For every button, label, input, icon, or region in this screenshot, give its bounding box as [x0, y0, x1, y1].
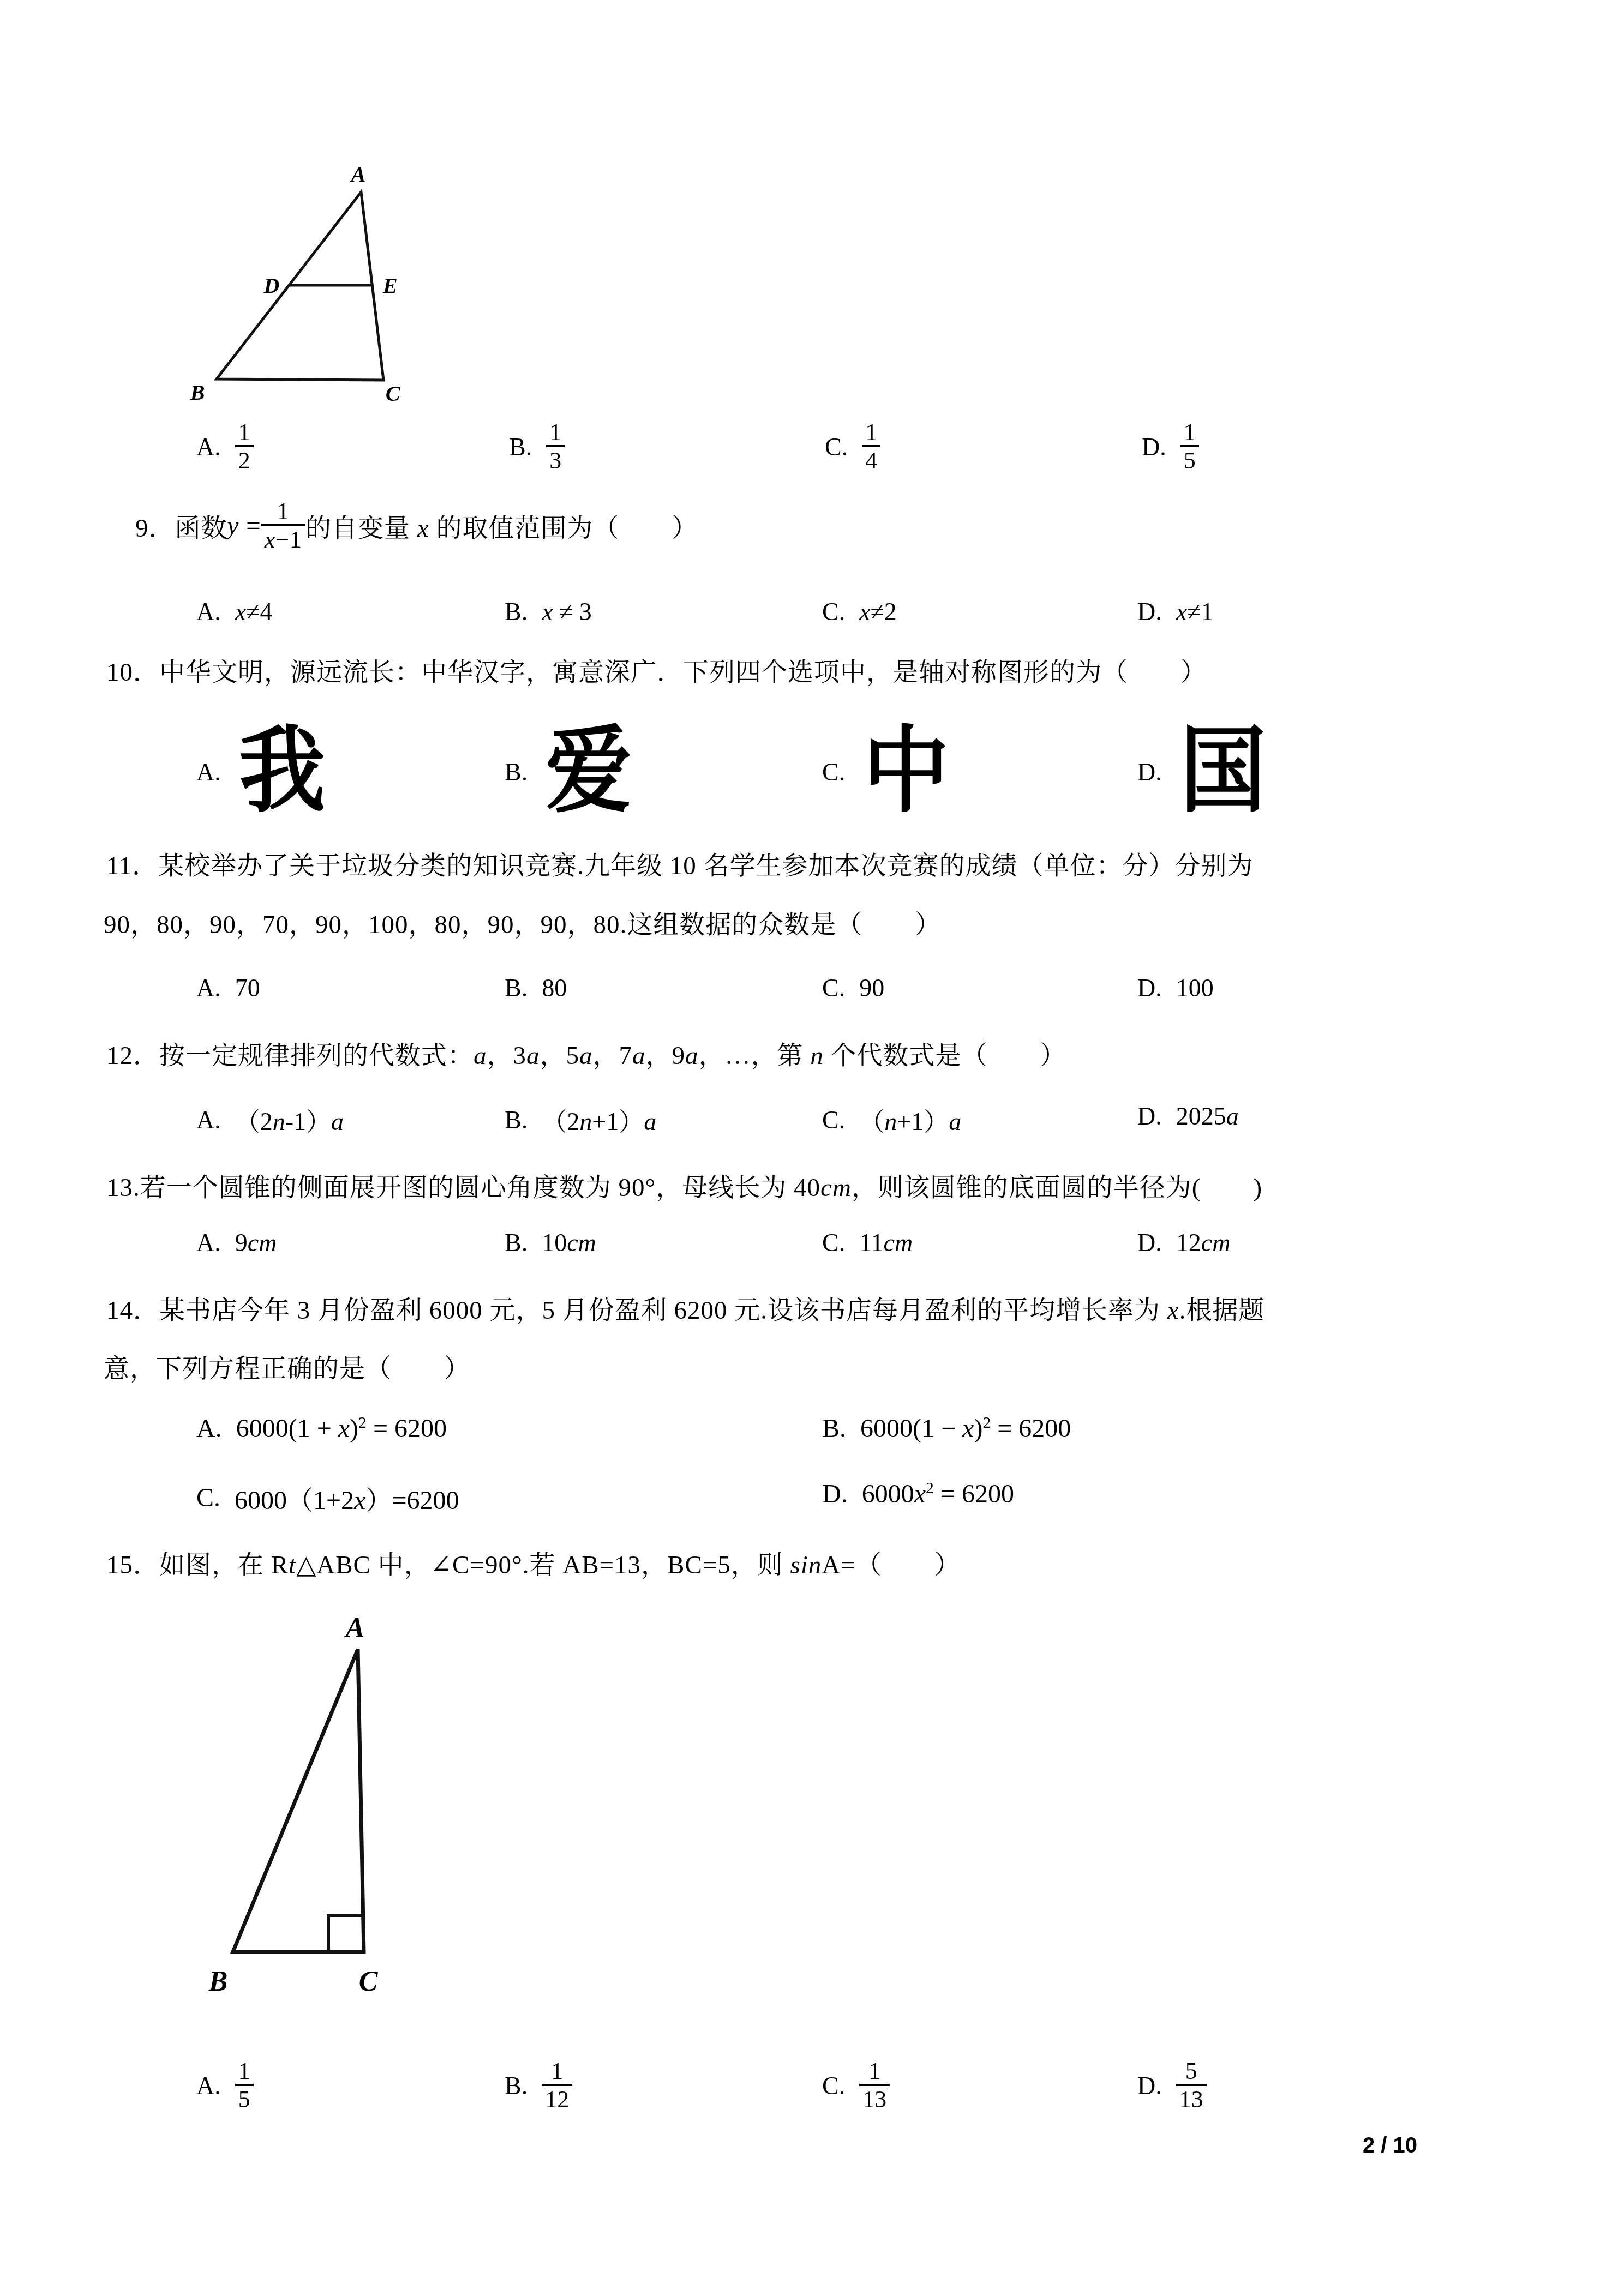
q15-option-a-numerator: 1 — [235, 2059, 254, 2084]
q10-option-b-letter: B. — [505, 758, 528, 786]
q14-option-c: C. 6000（1+2x）=6200 — [196, 1479, 459, 1517]
q8-option-d-numerator: 1 — [1180, 420, 1199, 445]
right-angle-mark — [328, 1915, 364, 1952]
q12-option-a: A. （2n-1）a — [196, 1102, 344, 1138]
q15-stem: 15．如图，在 Rt△ABC 中，∠C=90°.若 AB=13，BC=5，则 s… — [106, 1544, 961, 1581]
q11-option-d: D. 100 — [1137, 973, 1214, 1002]
q11-stem-line2: 90，80，90，70，90，100，80，90，90，80.这组数据的众数是（… — [104, 904, 941, 941]
q9-formula-denominator: x−1 — [261, 524, 305, 552]
q8-option-c: C. 1 4 — [825, 420, 880, 473]
q8-option-c-letter: C. — [825, 432, 848, 461]
q13-option-a-letter: A. — [196, 1228, 221, 1257]
q14-option-a-letter: A. — [196, 1414, 222, 1444]
q8-option-a-denominator: 2 — [235, 445, 254, 473]
q12-option-c-letter: C. — [822, 1105, 845, 1134]
q14-option-c-value: 6000（1+2x）=6200 — [235, 1479, 459, 1517]
q9-option-c: C. x≠2 — [822, 597, 897, 626]
q13-stem: 13.若一个圆锥的侧面展开图的圆心角度数为 90°，母线长为 40cm，则该圆锥… — [106, 1167, 1262, 1204]
q14-option-d: D. 6000x2 = 6200 — [822, 1479, 1014, 1509]
q14-stem-line2: 意，下列方程正确的是（ ） — [104, 1348, 470, 1385]
q9-stem-suffix: 的自变量 x 的取值范围为（ ） — [305, 508, 698, 544]
vertex-label-c: C — [386, 381, 401, 406]
q8-option-b-letter: B. — [509, 432, 532, 461]
q12-option-c-value: （n+1）a — [859, 1102, 961, 1138]
q11-option-c-value: 90 — [859, 973, 884, 1002]
q11-option-a: A. 70 — [196, 973, 260, 1002]
q8-option-d-fraction: 1 5 — [1180, 420, 1199, 473]
q14-stem-line1: 14．某书店今年 3 月份盈利 6000 元，5 月份盈利 6200 元.设该书… — [106, 1290, 1265, 1326]
q15-option-d-numerator: 5 — [1182, 2059, 1201, 2084]
q8-option-b-numerator: 1 — [546, 420, 565, 445]
q15-option-d-fraction: 5 13 — [1176, 2059, 1207, 2112]
q9-option-d-value: x≠1 — [1176, 597, 1214, 626]
rt-vertex-label-b: B — [208, 1966, 228, 1996]
q15-option-b-numerator: 1 — [548, 2059, 566, 2084]
q11-option-c-letter: C. — [822, 973, 845, 1002]
q14-option-b-value: 6000(1 − x)2 = 6200 — [860, 1414, 1071, 1444]
q9-option-a: A. x≠4 — [196, 597, 272, 626]
q15-option-d-denominator: 13 — [1176, 2084, 1207, 2112]
q11-option-c: C. 90 — [822, 973, 884, 1002]
q8-option-d: D. 1 5 — [1142, 420, 1199, 473]
q15-option-c-denominator: 13 — [859, 2084, 890, 2112]
q13-option-b-letter: B. — [505, 1228, 528, 1257]
q14-option-b: B. 6000(1 − x)2 = 6200 — [822, 1414, 1071, 1444]
q12-option-a-value: （2n-1）a — [235, 1102, 344, 1138]
q13-option-d-value: 12cm — [1176, 1228, 1231, 1257]
q11-option-d-letter: D. — [1137, 973, 1162, 1002]
q10-option-a-letter: A. — [196, 758, 221, 786]
q9-formula-fraction: 1 x−1 — [261, 499, 305, 552]
q10-option-d-character: 国 — [1180, 725, 1266, 819]
q12-option-d: D. 2025a — [1137, 1102, 1239, 1131]
q12-option-c: C. （n+1）a — [822, 1102, 961, 1138]
q13-option-b: B. 10cm — [505, 1228, 596, 1257]
right-triangle-outline — [233, 1649, 364, 1952]
q12-option-b-letter: B. — [505, 1105, 528, 1134]
vertex-label-b: B — [190, 380, 205, 405]
q15-option-c-fraction: 1 13 — [859, 2059, 890, 2112]
q15-option-b: B. 1 12 — [505, 2059, 572, 2112]
q8-option-b-denominator: 3 — [546, 445, 565, 473]
q11-option-a-letter: A. — [196, 973, 221, 1002]
q13-option-c-letter: C. — [822, 1228, 845, 1257]
q12-option-b: B. （2n+1）a — [505, 1102, 656, 1138]
q8-option-c-fraction: 1 4 — [862, 420, 880, 473]
q8-option-a-fraction: 1 2 — [235, 420, 254, 473]
q8-option-a: A. 1 2 — [196, 420, 254, 473]
q12-option-a-letter: A. — [196, 1105, 221, 1134]
q15-option-b-fraction: 1 12 — [542, 2059, 572, 2112]
q13-option-b-value: 10cm — [542, 1228, 596, 1257]
q15-option-c: C. 1 13 — [822, 2059, 890, 2112]
q8-option-b-fraction: 1 3 — [546, 420, 565, 473]
vertex-label-a: A — [350, 162, 366, 187]
q9-option-b-letter: B. — [505, 597, 528, 626]
q15-option-a-letter: A. — [196, 2071, 221, 2100]
q14-option-d-letter: D. — [822, 1479, 848, 1509]
q12-stem: 12．按一定规律排列的代数式：a，3a，5a，7a，9a，…，第 n 个代数式是… — [106, 1035, 1066, 1072]
q8-option-a-numerator: 1 — [235, 420, 254, 445]
right-triangle-figure: A B C — [202, 1609, 415, 1996]
q15-option-a-denominator: 5 — [235, 2084, 254, 2112]
q12-option-d-letter: D. — [1137, 1102, 1162, 1131]
q15-option-a-fraction: 1 5 — [235, 2059, 254, 2112]
q14-option-d-value: 6000x2 = 6200 — [862, 1479, 1014, 1509]
q9-option-c-value: x≠2 — [859, 597, 897, 626]
q14-option-a: A. 6000(1 + x)2 = 6200 — [196, 1414, 447, 1444]
q13-option-d: D. 12cm — [1137, 1228, 1230, 1257]
q14-option-c-letter: C. — [196, 1483, 220, 1513]
q8-option-a-letter: A. — [196, 432, 221, 461]
q10-stem: 10．中华文明，源远流长：中华汉字，寓意深广．下列四个选项中，是轴对称图形的为（… — [106, 652, 1207, 688]
q9-option-a-value: x≠4 — [235, 597, 273, 626]
q9-stem-prefix: 9．函数 — [135, 508, 227, 544]
q12-option-b-value: （2n+1）a — [542, 1102, 656, 1138]
q8-option-c-numerator: 1 — [862, 420, 880, 445]
triangle-de-figure: A B C D E — [175, 155, 431, 417]
q10-option-a-character: 我 — [239, 725, 325, 819]
q8-option-c-denominator: 4 — [862, 445, 880, 473]
q13-option-c-value: 11cm — [859, 1228, 913, 1257]
q14-option-a-value: 6000(1 + x)2 = 6200 — [236, 1414, 447, 1444]
q15-option-b-letter: B. — [505, 2071, 528, 2100]
q9-option-b: B. x ≠ 3 — [505, 597, 592, 626]
q9-option-d: D. x≠1 — [1137, 597, 1213, 626]
q10-option-d-letter: D. — [1137, 758, 1162, 786]
q11-option-b-letter: B. — [505, 973, 528, 1002]
q11-stem-line1: 11．某校举办了关于垃圾分类的知识竞赛.九年级 10 名学生参加本次竞赛的成绩（… — [106, 845, 1254, 882]
q9-stem: 9．函数 y = 1 x−1 的自变量 x 的取值范围为（ ） — [135, 499, 698, 552]
q13-option-c: C. 11cm — [822, 1228, 913, 1257]
q9-option-c-letter: C. — [822, 597, 845, 626]
q8-option-b: B. 1 3 — [509, 420, 565, 473]
q9-option-a-letter: A. — [196, 597, 221, 626]
q9-formula-lhs: y = — [227, 511, 261, 540]
exam-page: A B C D E A. 1 2 B. 1 3 C. 1 4 D. 1 5 — [0, 0, 1624, 2296]
q13-option-a: A. 9cm — [196, 1228, 277, 1257]
q10-option-c: C. 中 — [822, 720, 953, 824]
q13-option-d-letter: D. — [1137, 1228, 1162, 1257]
rt-vertex-label-c: C — [359, 1966, 379, 1996]
vertex-label-d: D — [263, 273, 280, 298]
q10-option-b-character: 爱 — [546, 725, 632, 819]
q11-option-d-value: 100 — [1176, 973, 1214, 1002]
q10-option-b: B. 爱 — [505, 720, 636, 824]
page-number: 2 / 10 — [1363, 2133, 1417, 2158]
q10-option-d: D. 国 — [1137, 720, 1270, 824]
q15-option-c-numerator: 1 — [865, 2059, 884, 2084]
q11-option-b: B. 80 — [505, 973, 567, 1002]
q9-formula-numerator: 1 — [274, 499, 293, 524]
q10-option-c-letter: C. — [822, 758, 845, 786]
q8-option-d-denominator: 5 — [1180, 445, 1199, 473]
q8-option-d-letter: D. — [1142, 432, 1166, 461]
q15-option-c-letter: C. — [822, 2071, 845, 2100]
vertex-label-e: E — [382, 273, 398, 298]
q9-option-d-letter: D. — [1137, 597, 1162, 626]
rt-vertex-label-a: A — [344, 1613, 365, 1644]
q15-option-d-letter: D. — [1137, 2071, 1162, 2100]
q13-option-a-value: 9cm — [235, 1228, 277, 1257]
q15-option-b-denominator: 12 — [542, 2084, 572, 2112]
q11-option-a-value: 70 — [235, 973, 260, 1002]
q14-option-b-letter: B. — [822, 1414, 846, 1444]
q9-option-b-value: x ≠ 3 — [542, 597, 592, 626]
q10-option-c-character: 中 — [863, 725, 949, 819]
q15-option-d: D. 5 13 — [1137, 2059, 1207, 2112]
q15-option-a: A. 1 5 — [196, 2059, 254, 2112]
q11-option-b-value: 80 — [542, 973, 567, 1002]
q12-option-d-value: 2025a — [1176, 1102, 1239, 1131]
q10-option-a: A. 我 — [196, 720, 329, 824]
